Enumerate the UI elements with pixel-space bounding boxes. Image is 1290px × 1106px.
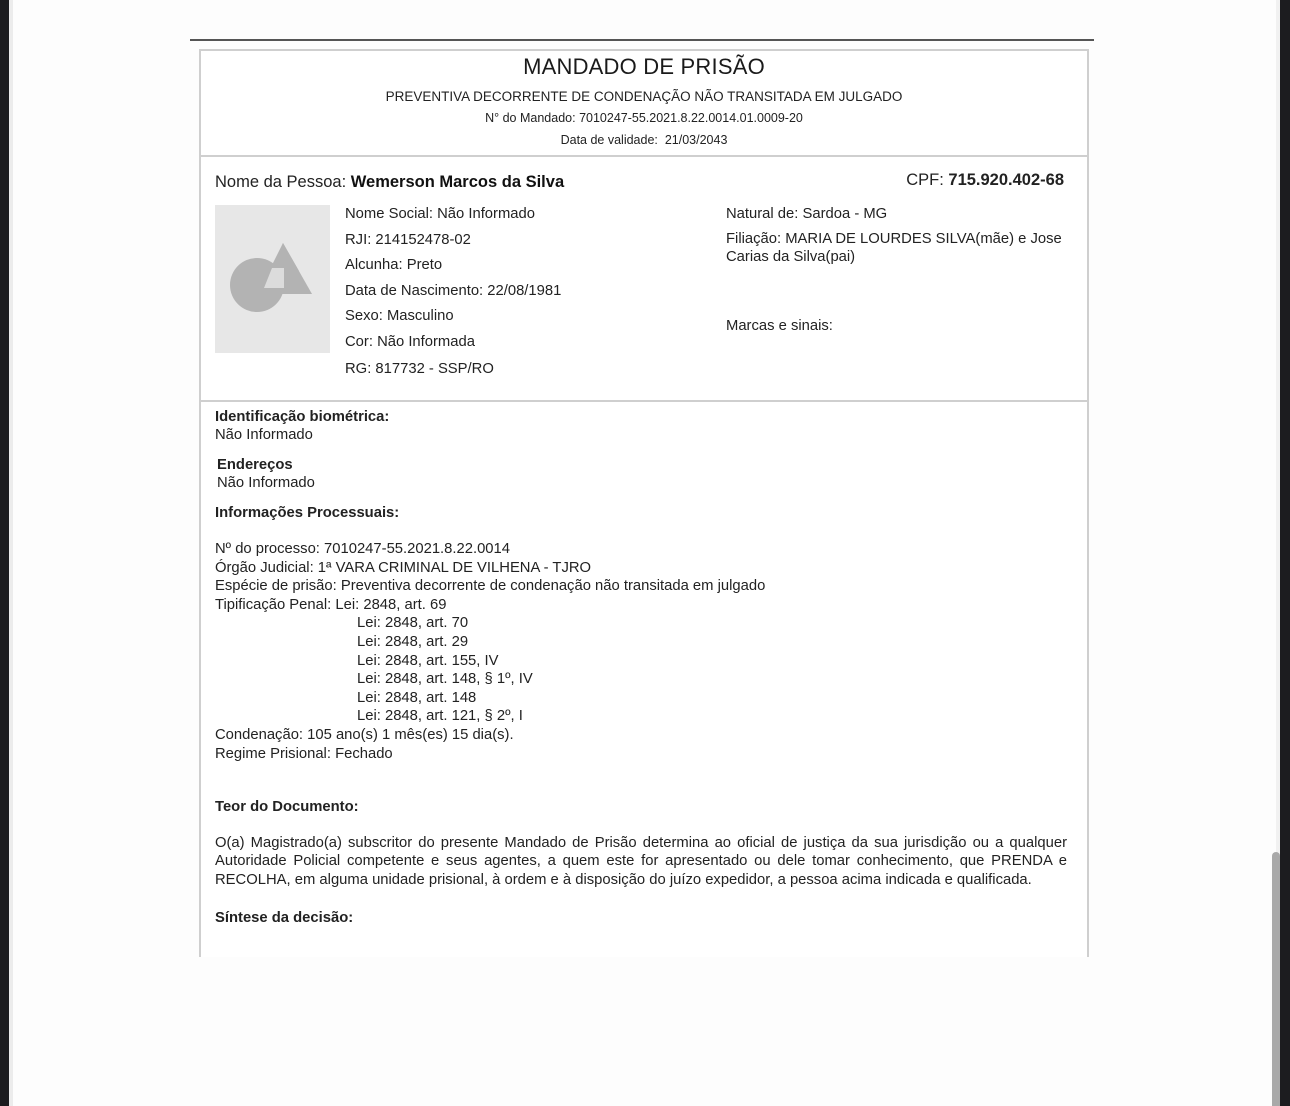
- mandado-label: N° do Mandado:: [485, 111, 575, 125]
- warrant-document: MANDADO DE PRISÃO PREVENTIVA DECORRENTE …: [199, 49, 1089, 957]
- processo-orgao: Órgão Judicial: 1ª VARA CRIMINAL DE VILH…: [215, 559, 1073, 578]
- tipificacao-first: Tipificação Penal: Lei: 2848, art. 69: [215, 596, 1073, 615]
- teor-text: O(a) Magistrado(a) subscritor do present…: [215, 834, 1073, 889]
- validade-label: Data de validade:: [561, 133, 658, 147]
- enderecos-title: Endereços: [217, 456, 1073, 474]
- document-header: MANDADO DE PRISÃO PREVENTIVA DECORRENTE …: [201, 51, 1087, 157]
- processo-especie: Espécie de prisão: Preventiva decorrente…: [215, 577, 1073, 596]
- document-title: MANDADO DE PRISÃO: [201, 51, 1087, 80]
- person-name: Wemerson Marcos da Silva: [351, 173, 564, 191]
- tipificacao-item: Lei: 2848, art. 148, § 1º, IV: [215, 670, 1073, 689]
- tipificacao-item: Lei: 2848, art. 155, IV: [215, 652, 1073, 671]
- viewer-right-edge: [1280, 0, 1290, 1106]
- processo-info: Nº do processo: 7010247-55.2021.8.22.001…: [215, 540, 1073, 763]
- detail-cor: Cor: Não Informada: [345, 333, 561, 359]
- detail-nome-social: Nome Social: Não Informado: [345, 205, 561, 231]
- sintese-title: Síntese da decisão:: [215, 909, 1073, 927]
- cpf-label: CPF:: [906, 171, 944, 189]
- viewer-left-edge: [0, 0, 9, 1106]
- detail-nascimento: Data de Nascimento: 22/08/1981: [345, 282, 561, 308]
- biometria-value: Não Informado: [215, 426, 1073, 444]
- processo-condenacao: Condenação: 105 ano(s) 1 mês(es) 15 dia(…: [215, 726, 1073, 745]
- biometria-title: Identificação biométrica:: [215, 408, 1073, 426]
- tipificacao-label: Tipificação Penal:: [215, 596, 331, 615]
- viewer-left-shadow: [9, 0, 13, 1106]
- mandado-value: 7010247-55.2021.8.22.0014.01.0009-20: [579, 111, 803, 125]
- tipificacao-item: Lei: 2848, art. 121, § 2º, I: [215, 707, 1073, 726]
- enderecos-value: Não Informado: [217, 474, 1073, 492]
- biometria-section: Identificação biométrica: Não Informado: [215, 408, 1073, 444]
- person-section: Nome da Pessoa: Wemerson Marcos da Silva…: [201, 157, 1087, 402]
- tipificacao-item: Lei: 2848, art. 69: [335, 596, 446, 615]
- tipificacao-item: Lei: 2848, art. 29: [215, 633, 1073, 652]
- detail-marcas: Marcas e sinais:: [726, 318, 833, 334]
- validity-date: Data de validade: 21/03/2043: [201, 133, 1087, 147]
- image-placeholder-icon: [215, 205, 330, 353]
- processo-regime: Regime Prisional: Fechado: [215, 745, 1073, 764]
- person-details: Nome Social: Não Informado RJI: 21415247…: [345, 205, 561, 386]
- document-subtitle: PREVENTIVA DECORRENTE DE CONDENAÇÃO NÃO …: [201, 89, 1087, 104]
- processo-title: Informações Processuais:: [215, 504, 1073, 522]
- enderecos-section: Endereços Não Informado: [215, 456, 1073, 492]
- person-cpf-line: CPF: 715.920.402-68: [906, 171, 1064, 190]
- document-body: Identificação biométrica: Não Informado …: [201, 402, 1087, 927]
- tipificacao-item: Lei: 2848, art. 148: [215, 689, 1073, 708]
- detail-alcunha: Alcunha: Preto: [345, 256, 561, 282]
- person-name-line: Nome da Pessoa: Wemerson Marcos da Silva: [215, 173, 564, 192]
- detail-rg: RG: 817732 - SSP/RO: [345, 360, 561, 386]
- scrollbar-thumb[interactable]: [1272, 852, 1280, 1106]
- detail-natural: Natural de: Sardoa - MG: [726, 205, 1076, 223]
- cpf-value: 715.920.402-68: [948, 171, 1064, 189]
- mandado-number: N° do Mandado: 7010247-55.2021.8.22.0014…: [201, 111, 1087, 125]
- page-top-rule: [190, 39, 1094, 41]
- tipificacao-item: Lei: 2848, art. 70: [215, 614, 1073, 633]
- detail-sexo: Sexo: Masculino: [345, 307, 561, 333]
- person-photo: [215, 205, 330, 353]
- person-name-label: Nome da Pessoa:: [215, 173, 346, 191]
- detail-rji: RJI: 214152478-02: [345, 231, 561, 257]
- teor-title: Teor do Documento:: [215, 798, 1073, 816]
- processo-numero: Nº do processo: 7010247-55.2021.8.22.001…: [215, 540, 1073, 559]
- validade-value: 21/03/2043: [665, 133, 728, 147]
- detail-filiacao: Filiação: MARIA DE LOURDES SILVA(mãe) e …: [726, 230, 1076, 266]
- person-origin: Natural de: Sardoa - MG Filiação: MARIA …: [726, 205, 1076, 273]
